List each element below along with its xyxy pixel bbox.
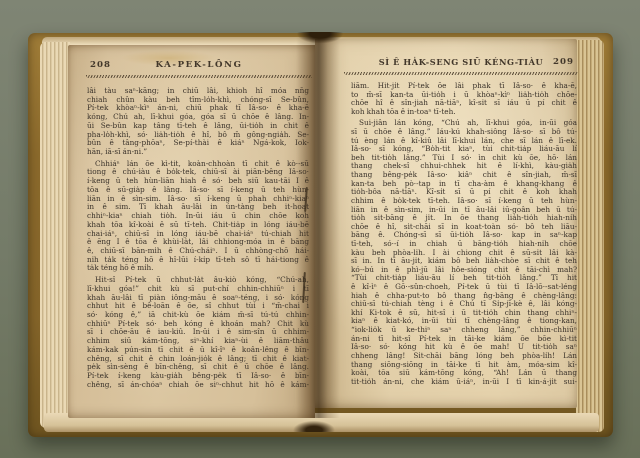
- text-line: Iâ-so· só· kóng hit kù ê ōe mah! Ū tit-t…: [351, 343, 577, 352]
- text-line: kàu beh phòa-li̍h. I ài chiong chit ê sū…: [351, 249, 577, 258]
- text-line: Chhiáⁿ lán ōe kì-tit, koàn-chhoàn tī chi…: [87, 160, 309, 169]
- text-line: chai-iáⁿ, chiū-sī in lóng iáu-bē chai-iá…: [87, 230, 309, 239]
- text-line: hiah ê chha-put-to bô thang n̂g-bāng ê c…: [351, 292, 577, 301]
- text-block-right: liām. Hit-ji̍t Pí-tek ōe lâi phak tī Iâ-…: [351, 82, 577, 386]
- text-line: khí Ki-tok ê sū, hit-sî i ū tit-tio̍h ch…: [351, 309, 577, 318]
- text-line: chiah chûn kàu beh tîm-lo̍h-khì, chóng-s…: [87, 96, 309, 105]
- text-line: tú èng lán ê kî-kiû lâi lī-khui lán, che…: [351, 137, 577, 146]
- gutter-notch-top: [293, 32, 347, 45]
- text-line: sī i chōe-āu ê iau-kiû. In-ūi i ê sim-sî…: [87, 328, 309, 337]
- text-line: to m̄-sī kan-ta ūi-tio̍h i ū khòaⁿ-kìⁿ l…: [351, 91, 577, 100]
- text-line: in ê sim. Tī khah āu-lâi in ún-tàng beh …: [87, 203, 309, 212]
- text-line: kan-ta beh pò·-tap in tī cha-àm ê khang-…: [351, 180, 577, 189]
- text-line: chhiūⁿ Pí-tek só· beh kóng ê khoán mah? …: [87, 320, 309, 329]
- text-line: tī-teh, só·-í in chiah ū bāng-tio̍h hiah…: [351, 240, 577, 249]
- text-line: í-keng ū teh hùn-liān hiah ê só· beh siū…: [87, 177, 309, 186]
- text-line: kám-kak pún-sin tī chit ê ū kî-îⁿ ê koân…: [87, 346, 309, 355]
- text-line: “Tùi chit-tia̍p liáu-āu lí beh tit-tio̍h…: [351, 274, 577, 283]
- page-stack-edge-right: [576, 40, 604, 432]
- text-line: chhiⁿ-kiaⁿ chiah tio̍h. In-ūi iáu ū chin…: [87, 212, 309, 221]
- text-line: tio̍h-bôa nā-tiāⁿ. Kî-si̍t sī ū pí chit …: [351, 188, 577, 197]
- text-line: chhim siū kám-tōng, siⁿ-khí kiaⁿ-ùi ê li…: [87, 337, 309, 346]
- running-header-left: 208 KA-PEK-LÔNG: [88, 60, 310, 71]
- text-line: koh khah tōa ê in-toaⁿ tī-teh.: [351, 108, 577, 117]
- text-line: khah āu-lâi tī piàn iông-māu ê soaⁿ-téng…: [87, 294, 309, 303]
- text-line: kiaⁿ ê kiat-kó, in-ūi tùi tī chèng-lâng …: [351, 317, 577, 326]
- text-line: chheng lâng! Si̍t-chāi bāng lóng beh phò…: [351, 352, 577, 361]
- text-line: thang bêng-pe̍k Iâ-so· kiâⁿ chit ê sîn-j…: [351, 171, 577, 180]
- text-line: chêng, sī chit ê chin loán-jio̍k ê lâng;…: [87, 355, 309, 364]
- text-line: liān in ê sìn-sim, in-ūi in tī āu-lâi iū…: [351, 206, 577, 215]
- text-line: thang siōng-siōng in tāi-ke tī hit àm, m…: [351, 361, 577, 370]
- text-line: koài, tōa siū kám-tōng kóng, “Ah! Lán ū …: [351, 369, 577, 378]
- text-line: ê, chiū-sī bān-mi̍h ê Chú-cháiⁿ. I ū chh…: [87, 247, 309, 256]
- text-line: pe̍k sìn-sèng ê bīn-chêng, sī chit ê ū c…: [87, 363, 309, 372]
- text-line: chhim ê bo̍k-tek tī-teh. Iâ-so· sī í-ken…: [351, 197, 577, 206]
- paragraph: lâi tàu saⁿ-kāng; in chiū lâi, khioh hî …: [87, 87, 309, 157]
- text-line: só· kóng ê,” iā chit-kù ōe kiám m̄-sī tú…: [87, 311, 309, 320]
- text-line: tio̍h sit-bāng ê ji̍t. In ōe thang lia̍h…: [351, 214, 577, 223]
- text-line: ta̍k téng hō ê mi̍h.: [87, 264, 309, 273]
- text-line: sī in. In tī āu-ji̍t, kiám bô beh lia̍h-…: [351, 257, 577, 266]
- text-line: liān in ê sìn-sim. Iâ-so· sī í-keng ū ph…: [87, 195, 309, 204]
- text-line: ūi Se-bûn kap tâng tī-teh ê lâng, ūi-tio…: [87, 122, 309, 131]
- text-line: Pí-tek í-keng kàu-gia̍h bêng-pe̍k tī Iâ-…: [87, 372, 309, 381]
- text-line: án-ni tī hit-sî Pí-tek in tāi-ke kiám ōe…: [351, 335, 577, 344]
- text-line: tiong ê chú-iàu ê bo̍k-tek, chiū-sī ài p…: [87, 168, 309, 177]
- text-line: bûn ê tâng-phōaⁿ, Se-pí-thài ê kiáⁿ Ngá-…: [87, 139, 309, 148]
- open-book: 208 KA-PEK-LÔNG lâi tàu saⁿ-kāng; in chi…: [28, 33, 613, 437]
- book-page-left: 208 KA-PEK-LÔNG lâi tàu saⁿ-kāng; in chi…: [68, 45, 315, 418]
- text-line: chhut hit ê bê-loān ê ōe, sî chhut tùi i…: [87, 302, 309, 311]
- text-line: liām. Hit-ji̍t Pí-tek ōe lâi phak tī Iâ-…: [351, 82, 577, 91]
- text-line: pha-lo̍h-khì, só· lia̍h-tio̍h ê hî, bô m…: [87, 131, 309, 140]
- text-line: ê kî-ìⁿ ê Gō·-sûn-choeh, Pí-tek ū tùi tī…: [351, 283, 577, 292]
- text-line: hān, iā-sī án-ni.”: [87, 148, 309, 157]
- text-line: Hit-sî Pí-tek ū chhut-la̍t âu-kiò kóng, …: [87, 276, 309, 285]
- running-title-left: KA-PEK-LÔNG: [88, 60, 310, 70]
- text-line: lī-khui góa!” chit kù sī put-chí chhin-c…: [87, 285, 309, 294]
- paragraph: Hit-sî Pí-tek ū chhut-la̍t âu-kiò kóng, …: [87, 276, 309, 389]
- page-stack-edge-left: [40, 42, 70, 428]
- text-line: lâi tàu saⁿ-kāng; in chiū lâi, khioh hî …: [87, 87, 309, 96]
- book-page-right: SÌ Ê HA̍K-SENG SIŪ KÉNG-TIÀU 209 liām. H…: [315, 39, 577, 408]
- page-number-right: 209: [553, 57, 574, 67]
- paragraph: Sui-jiân lán kóng, “Chú ah, lī-khui góa,…: [351, 119, 577, 386]
- text-line: khah tōa kî-koài ê sū tī-teh. Chit-tia̍p…: [87, 221, 309, 230]
- paragraph: liām. Hit-ji̍t Pí-tek ōe lâi phak tī Iâ-…: [351, 82, 577, 116]
- text-line: kó·-bú in ê phì-jū lâi hôe-sióng chit ê …: [351, 266, 577, 275]
- gutter-notch-bottom: [289, 419, 339, 432]
- paragraph: Chhiáⁿ lán ōe kì-tit, koàn-chhoàn tī chi…: [87, 160, 309, 273]
- text-line: chêng, sī án-chóaⁿ chiah ōe siⁿ-chhut hi…: [87, 381, 309, 390]
- header-rule-left: [86, 75, 312, 78]
- text-line: chōe ê hî, si̍t-chāi sī in koat-toàn só·…: [351, 223, 577, 232]
- text-line: tōa ê sū-gia̍p ê lâng. Iâ-so· sī í-keng …: [87, 186, 309, 195]
- text-line: Sui-jiân lán kóng, “Chú ah, lī-khui góa,…: [351, 119, 577, 128]
- text-block-left: lâi tàu saⁿ-kāng; in chiū lâi, khioh hî …: [87, 87, 309, 389]
- text-line: sī ū chōe ê lâng.” Iáu-kú khah-siông Iâ-…: [351, 128, 577, 137]
- text-line: chiū-sī tú-chiah tèng i ê Chú tī Si̍p-jī…: [351, 300, 577, 309]
- text-line: beh tit-tio̍h lâng.” Tùi I só· ìn chit k…: [351, 154, 577, 163]
- running-header-right: SÌ Ê HA̍K-SENG SIŪ KÉNG-TIÀU 209: [346, 57, 576, 68]
- text-line: “iok-lio̍k ū ke-thiⁿ saⁿ chheng lâng,” c…: [351, 326, 577, 335]
- text-line: Iâ-so· sī kóng, “Bo̍h-tit kiaⁿ, tùi chit…: [351, 145, 577, 154]
- text-line: tit-tio̍h án-ni, che kiám ū-iáⁿ, in-ūi I…: [351, 378, 577, 387]
- photo-background: 208 KA-PEK-LÔNG lâi tàu saⁿ-kāng; in chi…: [0, 0, 640, 458]
- running-title-right: SÌ Ê HA̍K-SENG SIŪ KÉNG-TIÀU: [346, 57, 576, 67]
- text-line: chōe hî ê sîn-jiah nā-tiāⁿ, kî-si̍t sī i…: [351, 99, 577, 108]
- text-line: kóng, Chú ah, lī-khui góa, góa sī ū chōe…: [87, 113, 309, 122]
- text-line: ni̍h ta̍k téng hō ê hî-lūi í-ki̍p tī-teh…: [87, 256, 309, 265]
- header-rule-right: [344, 72, 578, 75]
- text-line: bāng ê. Chóng-sī sī ūi-tio̍h Iâ-so· kap …: [351, 231, 577, 240]
- text-line: ê ēng I ê tōa ê khùi-la̍t, lâi chhiong-m…: [87, 238, 309, 247]
- text-line: thang chek-sî chhui-chhek hit ê lí-khì, …: [351, 162, 577, 171]
- text-line: Pí-tek khòaⁿ-kìⁿ án-ni, chiū phak tī Iâ-…: [87, 104, 309, 113]
